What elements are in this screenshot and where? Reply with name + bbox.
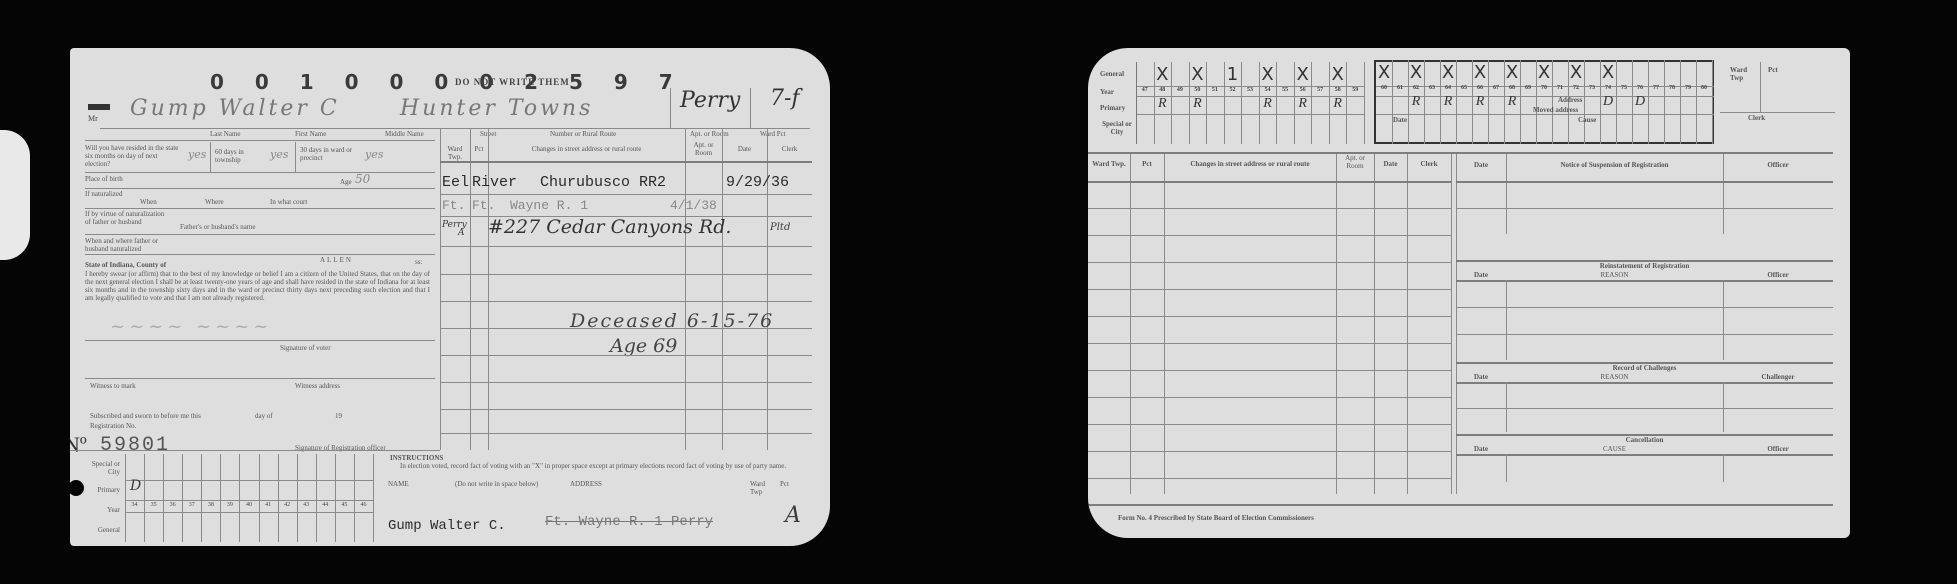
grid-line [1712, 60, 1713, 144]
when-where-father-label: When and where father or husband natural… [85, 237, 175, 253]
day-of-label: day of [255, 412, 273, 420]
grid-line [220, 454, 221, 542]
grid-cell: 76 [1632, 85, 1648, 91]
row2-ward: Ft. [442, 198, 465, 213]
place-of-birth-label: Place of birth [85, 175, 125, 183]
row1-pct: River [472, 174, 517, 191]
primary-mark: D [130, 478, 141, 494]
cancellation-col-officer: Officer [1723, 445, 1833, 453]
grid-cell: 35 [144, 502, 163, 508]
grid-pct: Pct [1768, 66, 1778, 74]
days-township-label: 60 days in township [215, 148, 270, 164]
grid-cell: X [1259, 64, 1277, 85]
row1-date: 9/29/36 [726, 174, 789, 191]
grid-cell: X [1329, 64, 1347, 85]
grid-cell: 68 [1504, 85, 1520, 91]
col-apt-room: Apt. or Room [685, 141, 722, 157]
grid-cell: X [1440, 62, 1456, 83]
grid-label-year: Year [88, 506, 120, 514]
grid-cell: 75 [1616, 85, 1632, 91]
grid-cell: 46 [354, 502, 373, 508]
grid-line [316, 454, 317, 542]
days-township-answer: yes [270, 148, 288, 161]
back-col-pct: Pct [1130, 160, 1164, 168]
name-label: NAME [388, 480, 409, 488]
grid-cause-label: Cause [1578, 116, 1596, 124]
form-footer: Form No. 4 Prescribed by State Board of … [1118, 514, 1314, 522]
grid-cell: R [1294, 96, 1312, 112]
grid-cell: 57 [1311, 87, 1329, 93]
grid-line [239, 454, 240, 542]
county-label: State of Indiana, County of [85, 261, 166, 269]
reinstatement-col-reason: REASON [1506, 271, 1723, 279]
reinstatement-col-officer: Officer [1723, 271, 1833, 279]
grid-cell: 38 [201, 502, 220, 508]
registration-no-label: Registration No. [90, 422, 136, 430]
challenges-col-challenger: Challenger [1723, 373, 1833, 381]
number-prefix: Nº [70, 432, 87, 458]
registration-card-back: General Year Primary Special or City 474… [1088, 48, 1850, 538]
grid-cell: 61 [1392, 85, 1408, 91]
grid-cell: 79 [1680, 85, 1696, 91]
grid-cell: 69 [1520, 85, 1536, 91]
grid-cell: 1 [1224, 64, 1242, 85]
back-col-clerk: Clerk [1407, 160, 1451, 168]
age-label: Age [340, 178, 352, 186]
witness-address-label: Witness address [295, 382, 340, 390]
grid-cell: 65 [1456, 85, 1472, 91]
middle-name-label: Middle Name [385, 130, 424, 138]
grid-cell: 71 [1552, 85, 1568, 91]
grid-cell: 64 [1440, 85, 1456, 91]
grid-cell: R [1408, 94, 1424, 110]
grid-line [354, 454, 355, 542]
grid-cell: 34 [125, 502, 144, 508]
challenges-title: Record of Challenges [1456, 364, 1833, 372]
voter-signature: ~~~~ ~~~~ [110, 316, 272, 337]
grid-moved-label: Moved address [1533, 106, 1578, 114]
grid-cell: X [1472, 62, 1488, 83]
grid-label-general: General [88, 526, 120, 534]
address-label: ADDRESS [570, 480, 602, 488]
grid-cell: 63 [1424, 85, 1440, 91]
grid-cell: X [1536, 62, 1552, 83]
year-prefix-label: 19 [335, 412, 342, 420]
grid-cell: 56 [1294, 87, 1312, 93]
ward-twp-label: Ward Twp [750, 480, 772, 496]
footer-address-struck: Ft. Wayne R. 1 Perry [545, 514, 713, 530]
grid-cell: 62 [1408, 85, 1424, 91]
witness-to-mark-label: Witness to mark [90, 382, 136, 390]
struck-title-mark [88, 104, 110, 110]
age-note: Age 69 [610, 335, 677, 357]
grid-cell: X [1504, 62, 1520, 83]
do-not-write-notice: DO NOT WRITE THEM [455, 78, 570, 87]
back-general-marks-right: XXXXXXXX [1376, 60, 1712, 84]
row2-pct: Ft. [472, 198, 495, 213]
county-value: ALLEN [320, 256, 353, 264]
pct-label: Pct [780, 480, 789, 488]
row2-date: 4/1/38 [670, 198, 717, 213]
grid-cell: 50 [1189, 87, 1207, 93]
grid-cell: R [1504, 94, 1520, 110]
col-date: Date [722, 145, 767, 153]
grid-cell: 40 [239, 502, 258, 508]
oath-text: I hereby swear (or affirm) that to the b… [85, 270, 430, 302]
when-label: When [140, 198, 157, 206]
back-primary-marks-left: RRRRR [1136, 96, 1364, 116]
grid-label-primary: Primary [88, 486, 120, 494]
grid-cell: 45 [335, 502, 354, 508]
grid-cell: 54 [1259, 87, 1277, 93]
challenges-col-date: Date [1456, 373, 1506, 381]
back-col-ward-twp: Ward Twp. [1088, 160, 1130, 168]
grid-cell: 42 [278, 502, 297, 508]
challenges-col-reason: REASON [1506, 373, 1723, 381]
grid-address-label: Address [1558, 96, 1582, 104]
voter-address: Hunter Towns [400, 96, 593, 121]
col-clerk: Clerk [767, 145, 812, 153]
suspension-col-date: Date [1456, 161, 1506, 169]
grid-ward-twp: Ward Twp [1730, 66, 1754, 82]
row3-clerk: Pltd [770, 222, 790, 233]
grid-cell: 53 [1241, 87, 1259, 93]
row2-address: Wayne R. 1 [510, 198, 588, 213]
cancellation-col-cause: CAUSE [1506, 445, 1723, 453]
grid-line [373, 454, 374, 542]
first-name-label: First Name [295, 130, 326, 138]
grid-cell: 58 [1329, 87, 1347, 93]
row1-address: Churubusco RR2 [540, 174, 666, 191]
grid-cell: 66 [1472, 85, 1488, 91]
grid-cell: 39 [220, 502, 239, 508]
grid-cell: 67 [1488, 85, 1504, 91]
grid-cell: 70 [1536, 85, 1552, 91]
row1-ward: Eel [442, 174, 469, 191]
grid-cell: 48 [1154, 87, 1172, 93]
suspension-col-notice: Notice of Suspension of Registration [1506, 161, 1723, 169]
back-grid-label-primary: Primary [1100, 104, 1125, 112]
serial-number: 0 0 1 0 0 0 0 2 5 9 7 [210, 70, 685, 94]
grid-cell: 44 [316, 502, 335, 508]
grid-cell: X [1189, 64, 1207, 85]
age-value: 50 [355, 172, 370, 186]
suspension-col-officer: Officer [1723, 161, 1833, 169]
title-prefix: Mr [88, 114, 98, 123]
grid-cell: 72 [1568, 85, 1584, 91]
days-ward-label: 30 days in ward or precinct [300, 146, 360, 162]
grid-date-label: Date [1393, 116, 1407, 124]
cancellation-title: Cancellation [1456, 436, 1833, 444]
back-col-changes: Changes in street address or rural route [1164, 160, 1336, 168]
in-what-court-label: In what court [270, 198, 307, 206]
grid-cell: 77 [1648, 85, 1664, 91]
footer-name: Gump Walter C. [388, 518, 506, 534]
back-col-date: Date [1374, 160, 1407, 168]
back-col-apt-room: Apt. or Room [1336, 154, 1374, 170]
grid-cell: X [1294, 64, 1312, 85]
number-route-label: Number or Rural Route [550, 130, 616, 138]
grid-cell: 78 [1664, 85, 1680, 91]
grid-clerk: Clerk [1748, 114, 1765, 122]
grid-cell: 80 [1696, 85, 1712, 91]
ward-value: 7-f [770, 86, 800, 111]
grid-cell: R [1189, 96, 1207, 112]
fathers-name-label: Father's or husband's name [180, 223, 255, 231]
grid-cell: R [1472, 94, 1488, 110]
grid-cell: R [1154, 96, 1172, 112]
registration-card-front: 0 0 1 0 0 0 0 2 5 9 7 DO NOT WRITE THEM … [70, 48, 830, 546]
reinstatement-title: Reinstatement of Registration [1456, 262, 1833, 270]
grid-line [335, 454, 336, 542]
grid-line [297, 454, 298, 542]
grid-line [144, 454, 145, 542]
col-pct: Pct [470, 145, 488, 153]
grid-cell: 60 [1376, 85, 1392, 91]
grid-cell: 49 [1171, 87, 1189, 93]
back-grid-label-year: Year [1100, 88, 1114, 96]
voter-name: Gump Walter C [130, 96, 340, 121]
row3-address: #227 Cedar Canyons Rd. [488, 216, 731, 238]
grid-cell: 51 [1206, 87, 1224, 93]
grid-cell: X [1408, 62, 1424, 83]
grid-cell: 43 [297, 502, 316, 508]
consummation-label: If by virtue of naturalization of father… [85, 210, 165, 226]
col-changes: Changes in street address or rural route [488, 145, 685, 153]
naturalized-label: If naturalized [85, 190, 125, 198]
resided-state-label: Will you have resided in the state six m… [85, 144, 180, 168]
grid-cell: 73 [1584, 85, 1600, 91]
reinstatement-col-date: Date [1456, 271, 1506, 279]
grid-line [1364, 62, 1365, 144]
grid-label-special: Special or City [90, 460, 120, 476]
grid-line [201, 454, 202, 542]
grid-cell: R [1329, 96, 1347, 112]
grid-cell: X [1376, 62, 1392, 83]
township-value: Perry [680, 88, 740, 113]
instructions-title: INSTRUCTIONS [390, 454, 443, 462]
grid-cell: X [1154, 64, 1172, 85]
subscribed-label: Subscribed and sworn to before me this [90, 412, 201, 420]
resided-state-answer: yes [188, 148, 206, 161]
grid-cell: D [1632, 94, 1648, 110]
ward-pct-label: Ward Pct [760, 130, 786, 138]
grid-cell: R [1440, 94, 1456, 110]
grid-line [259, 454, 260, 542]
grid-cell: 59 [1346, 87, 1364, 93]
grid-cell: 36 [163, 502, 182, 508]
days-ward-answer: yes [365, 148, 383, 161]
grid-line [163, 454, 164, 542]
grid-cell: X [1568, 62, 1584, 83]
back-grid-label-general: General [1100, 70, 1124, 78]
grid-cell: 55 [1276, 87, 1294, 93]
do-not-write-label: (Do not write in space below) [455, 480, 538, 488]
grid-cell: R [1259, 96, 1277, 112]
grid-line [278, 454, 279, 542]
footer-pct-mark: A [785, 503, 801, 528]
grid-cell: 47 [1136, 87, 1154, 93]
cancellation-col-date: Date [1456, 445, 1506, 453]
grid-cell: 37 [182, 502, 201, 508]
last-name-label: Last Name [210, 130, 241, 138]
back-grid-label-special: Special or City [1100, 120, 1134, 136]
grid-cell: 41 [259, 502, 278, 508]
signature-of-voter-label: Signature of voter [280, 344, 331, 352]
instructions-text: In election voted, record fact of voting… [400, 462, 810, 470]
ss-label: ss: [415, 258, 422, 266]
back-general-marks-left: XX1XXX [1136, 62, 1364, 86]
grid-cell: X [1600, 62, 1616, 83]
adjacent-card-edge [0, 130, 30, 260]
punch-hole [70, 480, 84, 496]
grid-line [182, 454, 183, 542]
col-ward-twp: Ward Twp. [440, 145, 470, 161]
grid-cell: D [1600, 94, 1616, 110]
grid-cell: 74 [1600, 85, 1616, 91]
front-year-row: 34353637383940414243444546 [125, 502, 373, 514]
row3-pct: A [458, 228, 465, 238]
grid-cell: 52 [1224, 87, 1242, 93]
where-label: Where [205, 198, 224, 206]
